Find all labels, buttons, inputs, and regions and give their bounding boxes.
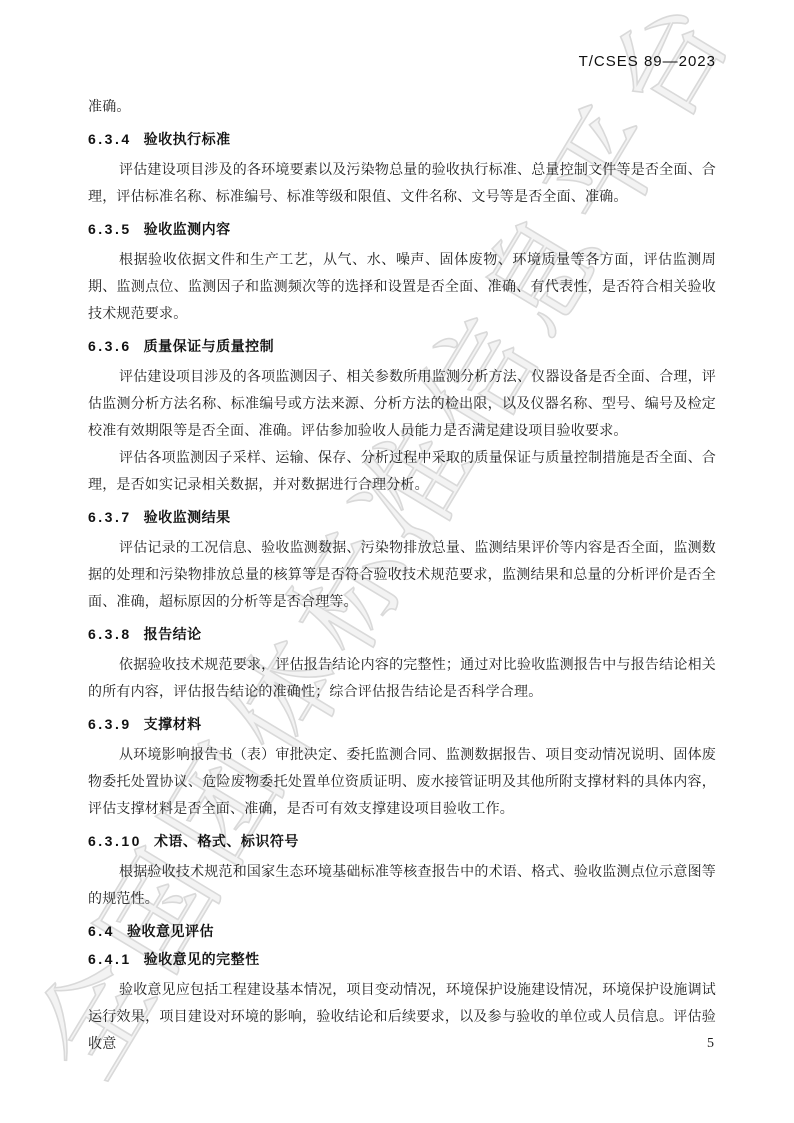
section-heading-6-3-7: 6.3.7验收监测结果: [88, 507, 716, 527]
paragraph: 评估建设项目涉及的各项监测因子、相关参数所用监测分析方法、仪器设备是否全面、合理…: [88, 364, 716, 445]
section-number: 6.4.1: [88, 951, 132, 967]
section-number: 6.3.10: [88, 833, 142, 849]
section-title: 验收意见的完整性: [144, 951, 260, 967]
section-title: 支撑材料: [144, 716, 202, 732]
section-number: 6.4: [88, 923, 115, 939]
section-title: 术语、格式、标识符号: [154, 833, 299, 849]
section-number: 6.3.8: [88, 626, 132, 642]
section-heading-6-3-8: 6.3.8报告结论: [88, 624, 716, 644]
section-title: 报告结论: [144, 626, 202, 642]
page-number: 5: [707, 1036, 714, 1052]
paragraph: 评估记录的工况信息、验收监测数据、污染物排放总量、监测结果评价等内容是否全面，监…: [88, 535, 716, 616]
section-heading-6-3-5: 6.3.5验收监测内容: [88, 219, 716, 239]
paragraph: 根据验收技术规范和国家生态环境基础标准等核查报告中的术语、格式、验收监测点位示意…: [88, 859, 716, 913]
page-content: T/CSES 89—2023 准确。 6.3.4验收执行标准 评估建设项目涉及的…: [88, 52, 716, 1058]
section-heading-6-3-9: 6.3.9支撑材料: [88, 714, 716, 734]
section-title: 验收监测内容: [144, 221, 231, 237]
paragraph: 评估各项监测因子采样、运输、保存、分析过程中采取的质量保证与质量控制措施是否全面…: [88, 445, 716, 499]
paragraph: 评估建设项目涉及的各环境要素以及污染物总量的验收执行标准、总量控制文件等是否全面…: [88, 157, 716, 211]
section-number: 6.3.9: [88, 716, 132, 732]
section-heading-6-4: 6.4验收意见评估: [88, 921, 716, 941]
section-number: 6.3.4: [88, 131, 132, 147]
document-page: 全国团体标准信息平台 T/CSES 89—2023 准确。 6.3.4验收执行标…: [0, 0, 794, 1123]
section-heading-6-3-10: 6.3.10术语、格式、标识符号: [88, 831, 716, 851]
section-title: 验收监测结果: [144, 509, 231, 525]
paragraph: 依据验收技术规范要求，评估报告结论内容的完整性；通过对比验收监测报告中与报告结论…: [88, 652, 716, 706]
section-number: 6.3.5: [88, 221, 132, 237]
paragraph: 根据验收依据文件和生产工艺，从气、水、噪声、固体废物、环境质量等各方面，评估监测…: [88, 247, 716, 328]
section-number: 6.3.6: [88, 338, 132, 354]
paragraph: 从环境影响报告书（表）审批决定、委托监测合同、监测数据报告、项目变动情况说明、固…: [88, 742, 716, 823]
section-heading-6-3-6: 6.3.6质量保证与质量控制: [88, 336, 716, 356]
standard-code-header: T/CSES 89—2023: [88, 52, 716, 72]
section-heading-6-3-4: 6.3.4验收执行标准: [88, 129, 716, 149]
section-title: 验收意见评估: [127, 923, 214, 939]
paragraph: 验收意见应包括工程建设基本情况，项目变动情况，环境保护设施建设情况，环境保护设施…: [88, 977, 716, 1058]
section-title: 验收执行标准: [144, 131, 231, 147]
section-number: 6.3.7: [88, 509, 132, 525]
section-heading-6-4-1: 6.4.1验收意见的完整性: [88, 949, 716, 969]
continuation-paragraph: 准确。: [88, 94, 716, 121]
section-title: 质量保证与质量控制: [144, 338, 275, 354]
